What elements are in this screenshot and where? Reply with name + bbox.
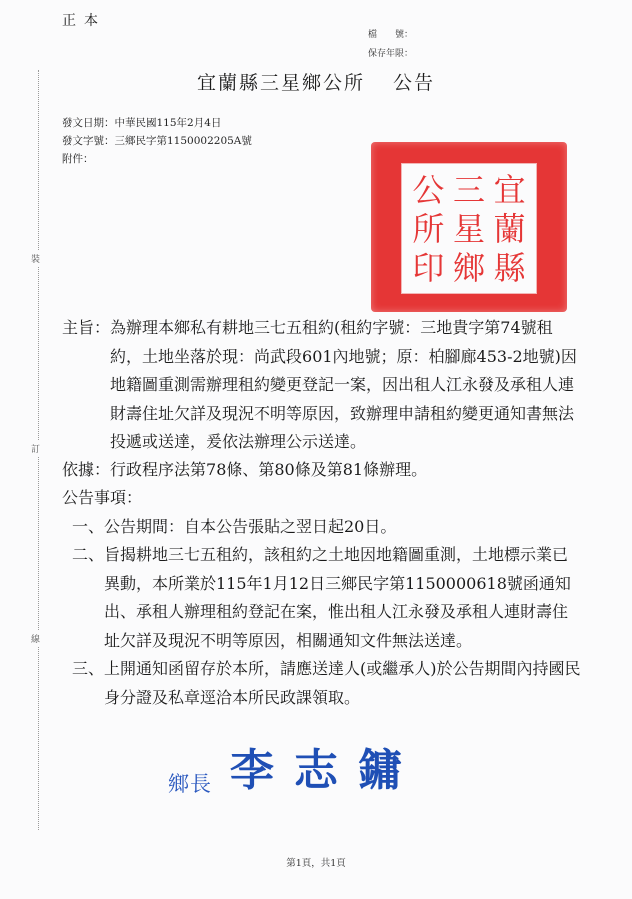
- document-number: 發文字號：三鄉民字第1150002205A號: [62, 133, 252, 148]
- signatory-title: 鄉長: [168, 768, 212, 798]
- title-document-type: 公告: [393, 72, 435, 94]
- item-text: 上開通知函留存於本所，請應送達人(或繼承人)於公告期間內持國民身分證及私章逕洽本…: [104, 655, 582, 712]
- subject-text: 為辦理本鄉私有耕地三七五租約(租約字號：三地貴字第74號租約，土地坐落於現：尚武…: [110, 314, 582, 457]
- item-text: 公告期間：自本公告張貼之翌日起20日。: [104, 513, 582, 542]
- binding-char-xian: 線: [31, 630, 40, 647]
- binding-char-ding: 訂: [31, 440, 40, 457]
- official-seal: 宜 蘭 縣 三 星 鄉 公 所 印: [371, 142, 567, 312]
- item-number: 二、: [42, 541, 104, 655]
- subject-section: 主旨： 為辦理本鄉私有耕地三七五租約(租約字號：三地貴字第74號租約，土地坐落於…: [62, 314, 582, 457]
- subject-label: 主旨：: [62, 314, 110, 457]
- seal-inner-field: 宜 蘭 縣 三 星 鄉 公 所 印: [401, 163, 537, 294]
- announcement-item: 一、 公告期間：自本公告張貼之翌日起20日。: [42, 513, 582, 542]
- signature-block: 鄉長 李志鏞: [168, 734, 422, 798]
- signatory-name: 李志鏞: [230, 734, 422, 798]
- seal-char: 蘭: [489, 209, 530, 248]
- seal-char: 所: [408, 209, 449, 248]
- basis-label: 依據：: [62, 456, 110, 485]
- seal-char: 印: [408, 248, 449, 287]
- basis-section: 依據： 行政程序法第78條、第80條及第81條辦理。: [62, 456, 582, 485]
- file-number-label: 檔 號：: [368, 27, 413, 40]
- item-text: 旨揭耕地三七五租約，該租約之土地因地籍圖重測，土地標示業已異動，本所業於115年…: [104, 541, 582, 655]
- attachment-label: 附件：: [62, 151, 94, 166]
- seal-char: 鄉: [449, 248, 490, 287]
- basis-text: 行政程序法第78條、第80條及第81條辦理。: [110, 456, 582, 485]
- announcement-item: 三、 上開通知函留存於本所，請應送達人(或繼承人)於公告期間內持國民身分證及私章…: [42, 655, 582, 712]
- item-number: 三、: [42, 655, 104, 712]
- copy-mark: 正本: [62, 10, 106, 30]
- issue-date: 發文日期：中華民國115年2月4日: [62, 115, 221, 130]
- seal-char: 宜: [489, 170, 530, 209]
- retention-period-label: 保存年限：: [368, 46, 413, 59]
- announcement-items-list: 一、 公告期間：自本公告張貼之翌日起20日。 二、 旨揭耕地三七五租約，該租約之…: [42, 513, 582, 713]
- seal-char: 縣: [489, 248, 530, 287]
- page-number: 第1頁，共1頁: [0, 855, 632, 869]
- announcement-item: 二、 旨揭耕地三七五租約，該租約之土地因地籍圖重測，土地標示業已異動，本所業於1…: [42, 541, 582, 655]
- announcement-items-label: 公告事項：: [62, 484, 582, 513]
- binding-char-zhuang: 裝: [31, 250, 40, 267]
- title-organization: 宜蘭縣三星鄉公所: [197, 72, 365, 94]
- seal-characters: 宜 蘭 縣 三 星 鄉 公 所 印: [408, 170, 530, 287]
- item-number: 一、: [42, 513, 104, 542]
- seal-char: 三: [449, 170, 490, 209]
- seal-char: 公: [408, 170, 449, 209]
- document-title: 宜蘭縣三星鄉公所公告: [0, 68, 632, 95]
- announcement-items-section: 公告事項： 一、 公告期間：自本公告張貼之翌日起20日。 二、 旨揭耕地三七五租…: [62, 484, 582, 712]
- seal-char: 星: [449, 209, 490, 248]
